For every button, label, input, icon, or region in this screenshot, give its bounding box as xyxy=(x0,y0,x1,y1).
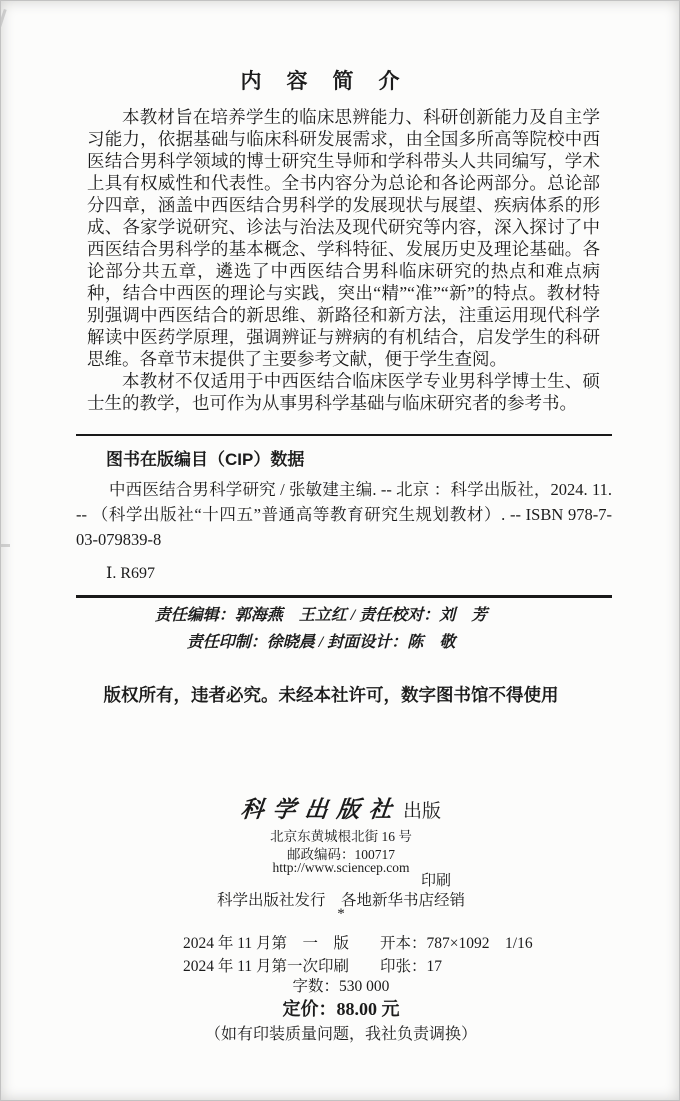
publisher-logo-calligraphy: 科学出版社 xyxy=(239,791,402,824)
intro-paragraph-2: 本教材不仅适用于中西医结合临床医学专业男科学博士生、硕士生的教学，也可作为从事男… xyxy=(87,370,600,414)
printer-label: 印刷 xyxy=(421,869,451,890)
cip-heading: 图书在版编目（CIP）数据 xyxy=(106,445,612,470)
edition-line: 2024 年 11 月第 一 版 开本：787×1092 1/16 xyxy=(183,931,533,953)
publisher-website: http://www.sciencep.com xyxy=(1,860,680,876)
intro-paragraph-1: 本教材旨在培养学生的临床思辨能力、科研创新能力及自主学习能力，依据基础与临床科研… xyxy=(87,106,600,370)
publisher-suffix: 出版 xyxy=(403,801,441,822)
cip-classification: Ⅰ. R697 xyxy=(106,563,612,583)
cip-registry-number: 中国国家版本馆 CIP 数据核字第 2024254CM3 号 xyxy=(106,592,612,598)
scan-artifact xyxy=(0,9,7,27)
exchange-note: （如有印装质量问题，我社负责调换） xyxy=(1,1021,680,1044)
staff-print-design-line: 责任印制：徐晓晨 / 封面设计：陈 敬 xyxy=(11,629,631,656)
publisher-line: 科学出版社出版 xyxy=(1,791,680,824)
publisher-address: 北京东黄城根北街 16 号 xyxy=(1,825,680,845)
cip-record: 中西医结合男科学研究 / 张敏建主编. -- 北京 ：科学出版社，2024. 1… xyxy=(76,477,612,552)
section-title: 内 容 简 介 xyxy=(1,65,641,95)
printing-line: 2024 年 11 月第一次印刷 印张：17 xyxy=(183,954,442,976)
price: 定价：88.00 元 xyxy=(1,995,680,1021)
separator-star: * xyxy=(1,906,680,923)
cip-data-block: 图书在版编目（CIP）数据 中西医结合男科学研究 / 张敏建主编. -- 北京 … xyxy=(76,434,612,598)
copyright-page: 内 容 简 介 本教材旨在培养学生的临床思辨能力、科研创新能力及自主学习能力，依… xyxy=(0,0,680,1101)
staff-editors-line: 责任编辑：郭海燕 王立红 / 责任校对：刘 芳 xyxy=(11,602,631,629)
staff-credits: 责任编辑：郭海燕 王立红 / 责任校对：刘 芳 责任印制：徐晓晨 / 封面设计：… xyxy=(11,602,631,656)
word-count: 字数：530 000 xyxy=(1,974,680,996)
copyright-notice: 版权所有，违者必究。未经本社许可，数字图书馆不得使用 xyxy=(1,682,661,707)
intro-text: 本教材旨在培养学生的临床思辨能力、科研创新能力及自主学习能力，依据基础与临床科研… xyxy=(87,106,600,414)
scan-artifact xyxy=(1,544,10,547)
